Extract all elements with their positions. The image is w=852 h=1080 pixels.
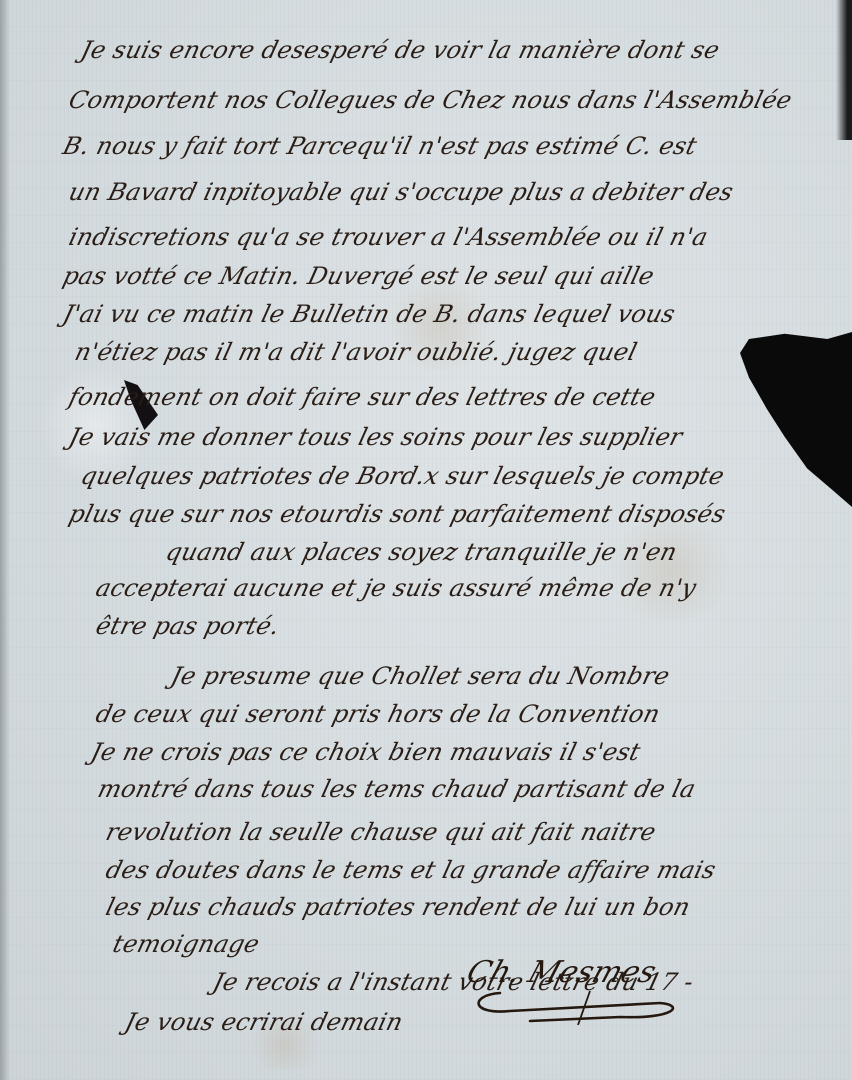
letter-line: quelques patriotes de Bord.x sur lesquel…	[78, 462, 727, 490]
letter-line: des doutes dans le tems et la grande aff…	[103, 856, 719, 884]
letter-line: accepterai aucune et je suis assuré même…	[93, 574, 699, 602]
letter-line: revolution la seulle chause qui ait fait…	[103, 818, 659, 846]
letter-line: quand aux places soyez tranquille je n'e…	[163, 538, 680, 566]
letter-line: plus que sur nos etourdis sont parfaitem…	[66, 500, 728, 528]
letter-line: les plus chauds patriotes rendent de lui…	[103, 893, 693, 921]
letter-line: indiscretions qu'a se trouver a l'Assemb…	[66, 223, 711, 251]
letter-line: fondement on doit faire sur des lettres …	[66, 383, 659, 411]
letter-line: n'étiez pas il m'a dit l'avoir oublié. j…	[72, 338, 640, 366]
signature-flourish-icon	[460, 985, 690, 1025]
letter-line: temoignage	[110, 930, 262, 958]
letter-line: de ceux qui seront pris hors de la Conve…	[93, 700, 663, 728]
letter-line: Je ne crois pas ce choix bien mauvais il…	[88, 738, 643, 766]
letter-line: pas votté ce Matin. Duvergé est le seul …	[60, 262, 657, 290]
letter-line: Je vous ecrirai demain	[122, 1008, 406, 1036]
letter-line: Je vais me donner tous les soins pour le…	[66, 423, 685, 451]
letter-line: montré dans tous les tems chaud partisan…	[95, 775, 699, 803]
letter-body: Je suis encore desesperé de voir la mani…	[0, 0, 852, 1080]
letter-line: B. nous y fait tort Parcequ'il n'est pas…	[60, 132, 700, 160]
letter-line: être pas porté.	[93, 612, 283, 640]
letter-line: Comportent nos Collegues de Chez nous da…	[66, 86, 795, 114]
letter-line: Je suis encore desesperé de voir la mani…	[78, 36, 723, 64]
letter-line: Je presume que Chollet sera du Nombre	[168, 662, 673, 690]
letter-line: J'ai vu ce matin le Bulletin de B. dans …	[60, 300, 678, 328]
letter-line: un Bavard inpitoyable qui s'occupe plus …	[66, 178, 736, 206]
